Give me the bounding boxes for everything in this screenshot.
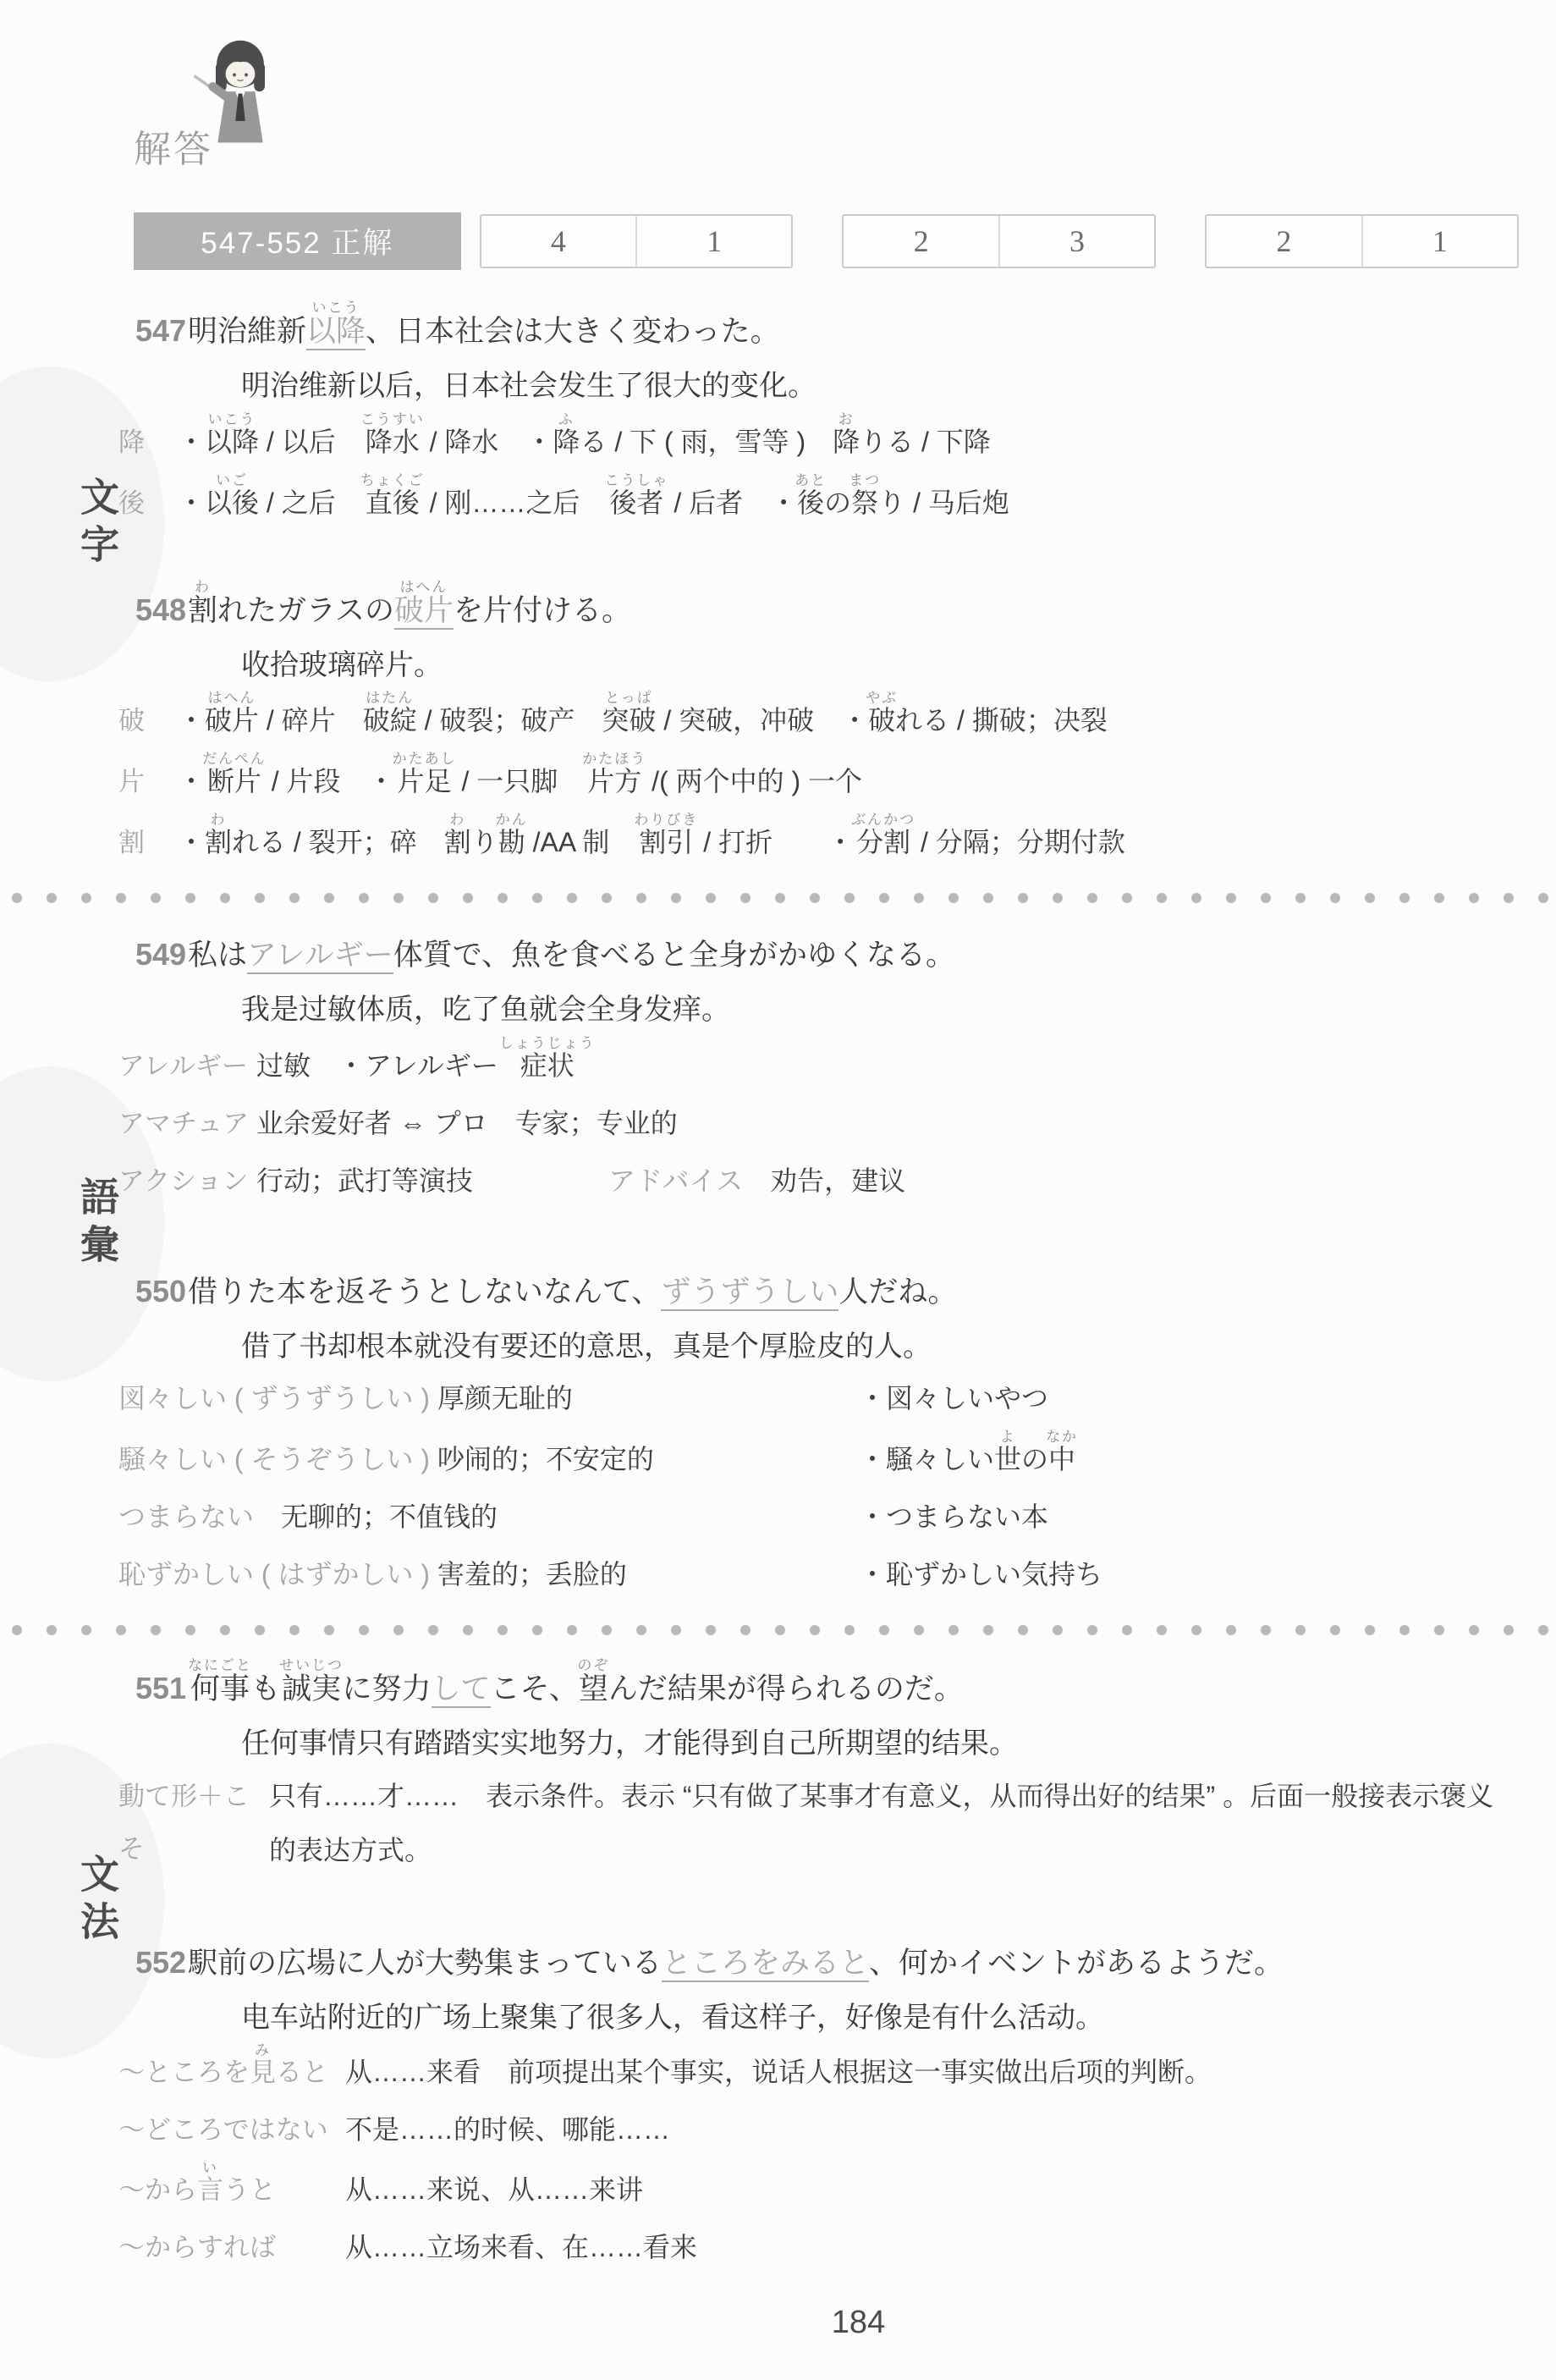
vocab-row: 片 ・断片だんぺん / 片段 ・片足かたあし / 一只脚 片方かたほう /( 两… [118, 751, 1519, 808]
row-label: 片 [118, 756, 178, 808]
row-label: 動て形＋こそ [118, 1771, 269, 1876]
section-547: 547 明治維新以降いこう、日本社会は大きく変わった。 明治维新以后，日本社会发… [118, 300, 1519, 530]
vocab-row: 後 ・以後いご / 之后 直後ちょくご / 刚……之后 後者こうしゃ / 后者 … [118, 472, 1519, 530]
answer-value-548: 1 [635, 216, 791, 267]
row-label: 後 [118, 477, 178, 530]
vocab-row: 降 ・以降いこう / 以后 降水こうすい / 降水 ・降ふる / 下 ( 雨，雪… [118, 411, 1519, 469]
teacher-girl-icon [191, 36, 289, 146]
question-number: 552 [135, 1933, 188, 1992]
translation-text: 任何事情只有踏踏实实地努力，才能得到自己所期望的结果。 [241, 1723, 1519, 1765]
vocab-row: 割 ・割われる / 裂开；碎 割わり勘かん /AA 制 割引わりびき / 打折 … [118, 812, 1519, 869]
row-label: アマチュア [118, 1098, 256, 1150]
question-text: 割われたガラスの破片はへんを片付ける。 [188, 579, 1519, 640]
vocab-row: つまらない 无聊的；不值钱的 ・つまらない本 [118, 1490, 1519, 1544]
row-label: 割 [118, 817, 178, 869]
row-content: ・断片だんぺん / 片段 ・片足かたあし / 一只脚 片方かたほう /( 两个中… [178, 751, 1519, 808]
row-label: 破 [118, 695, 178, 747]
question-text: 明治維新以降いこう、日本社会は大きく変わった。 [188, 300, 1519, 361]
question-text: 何事なにごとも誠実せいじつに努力してこそ、望のぞんだ結果が得られるのだ。 [188, 1657, 1519, 1718]
row-content: 从……立场来看、在……看来 [345, 2220, 1519, 2274]
question-text: 借りた本を返そうとしないなんて、ずうずうしい人だね。 [188, 1264, 1519, 1321]
vocab-row: アクション 行动；武打等演技 アドバイス 劝告，建议 [118, 1154, 1519, 1208]
translation-text: 收拾玻璃碎片。 [241, 645, 1519, 686]
vocab-row: 恥ずかしい ( はずかしい ) 害羞的；丢脸的 ・恥ずかしい気持ち [118, 1547, 1519, 1601]
answer-box-2: 2 3 [842, 214, 1156, 268]
row-content: 过敏 ・アレルギー 症状しょうじょう [256, 1035, 1519, 1093]
section-548: 548 割われたガラスの破片はへんを片付ける。 收拾玻璃碎片。 破 ・破片はへん… [118, 579, 1519, 870]
grammar-row: ～どころではない 不是……的时候、哪能…… [118, 2102, 1519, 2157]
question-line: 547 明治維新以降いこう、日本社会は大きく変わった。 [118, 300, 1519, 361]
row-content: 只有……才…… 表示条件。表示 “只有做了某事才有意义，从而得出好的结果” 。后… [269, 1769, 1519, 1877]
answer-range-label: 547-552 正解 [134, 212, 461, 270]
row-content: ・破片はへん / 碎片 破綻はたん / 破裂；破产 突破とっぱ / 突破，冲破 … [178, 690, 1519, 747]
row-example: ・図々しいやつ [859, 1371, 1519, 1425]
vocab-row: アレルギー 过敏 ・アレルギー 症状しょうじょう [118, 1035, 1519, 1093]
answer-value-551: 2 [1207, 216, 1361, 267]
answer-box-1: 4 1 [480, 214, 794, 268]
grammar-row: ～からすれば 从……立场来看、在……看来 [118, 2220, 1519, 2274]
dotted-separator [0, 1623, 1556, 1637]
row-definition: 騒々しい ( そうぞうしい ) 吵闹的；不安定的 [118, 1432, 859, 1486]
row-label: アレルギー [118, 1040, 256, 1093]
question-number: 551 [135, 1659, 188, 1718]
row-content: 从……来看 前项提出某个事实，说话人根据这一事实做出后项的判断。 [345, 2045, 1519, 2099]
row-content: 行动；武打等演技 アドバイス 劝告，建议 [256, 1154, 1519, 1208]
section-549: 549 私はアレルギー体質で、魚を食べると全身がかゆくなる。 我是过敏体质，吃了… [118, 925, 1519, 1208]
row-definition: つまらない 无聊的；不值钱的 [118, 1490, 859, 1544]
section-552: 552 駅前の広場に人が大勢集まっているところをみると、何かイベントがあるようだ… [118, 1933, 1519, 2275]
dotted-separator [0, 891, 1556, 905]
grammar-row: ～から言いうと 从……来说、从……来讲 [118, 2160, 1519, 2217]
answer-value-549: 2 [844, 216, 998, 267]
translation-text: 电车站附近的广场上聚集了很多人，看这样子，好像是有什么活动。 [241, 1997, 1519, 2039]
row-content: ・以後いご / 之后 直後ちょくご / 刚……之后 後者こうしゃ / 后者 ・後… [178, 472, 1519, 530]
row-example: ・つまらない本 [859, 1490, 1519, 1544]
page-number: 184 [832, 2305, 885, 2341]
grammar-row: ～ところを見みると 从……来看 前项提出某个事实，说话人根据这一事实做出后项的判… [118, 2042, 1519, 2099]
question-number: 547 [135, 301, 188, 361]
question-text: 私はアレルギー体質で、魚を食べると全身がかゆくなる。 [188, 927, 1519, 984]
translation-text: 我是过敏体质，吃了鱼就会全身发痒。 [241, 989, 1519, 1031]
question-text: 駅前の広場に人が大勢集まっているところをみると、何かイベントがあるようだ。 [188, 1935, 1519, 1992]
vocab-row: 騒々しい ( そうぞうしい ) 吵闹的；不安定的 ・騒々しい世よの中なか [118, 1429, 1519, 1486]
question-line: 552 駅前の広場に人が大勢集まっているところをみると、何かイベントがあるようだ… [118, 1933, 1519, 1992]
row-label: ～ところを見みると [118, 2042, 345, 2099]
side-tab-label: 文字 [69, 477, 125, 571]
question-line: 551 何事なにごとも誠実せいじつに努力してこそ、望のぞんだ結果が得られるのだ。 [118, 1657, 1519, 1718]
grammar-row: 動て形＋こそ 只有……才…… 表示条件。表示 “只有做了某事才有意义，从而得出好… [118, 1769, 1519, 1877]
question-number: 550 [135, 1262, 188, 1321]
translation-text: 明治维新以后，日本社会发生了很大的变化。 [241, 366, 1519, 407]
side-tab-label: 語彙 [69, 1176, 125, 1271]
answer-value-547: 4 [481, 216, 635, 267]
vocab-row: アマチュア 业余爱好者 ⇔ プロ 专家；专业的 [118, 1096, 1519, 1150]
question-number: 549 [135, 925, 188, 984]
row-example: ・恥ずかしい気持ち [859, 1547, 1519, 1601]
vocab-row: 破 ・破片はへん / 碎片 破綻はたん / 破裂；破产 突破とっぱ / 突破，冲… [118, 690, 1519, 747]
question-number: 548 [135, 581, 188, 640]
question-line: 549 私はアレルギー体質で、魚を食べると全身がかゆくなる。 [118, 925, 1519, 984]
section-551: 551 何事なにごとも誠実せいじつに努力してこそ、望のぞんだ結果が得られるのだ。… [118, 1657, 1519, 1877]
answer-value-550: 3 [998, 216, 1154, 267]
row-definition: 恥ずかしい ( はずかしい ) 害羞的；丢脸的 [118, 1547, 859, 1601]
row-label: ～どころではない [118, 2104, 345, 2157]
question-line: 548 割われたガラスの破片はへんを片付ける。 [118, 579, 1519, 640]
answer-value-552: 1 [1361, 216, 1517, 267]
row-label: アクション [118, 1155, 256, 1208]
answer-box-3: 2 1 [1205, 214, 1519, 268]
answer-bar: 547-552 正解 4 1 2 3 2 1 [118, 212, 1519, 271]
row-content: 不是……的时候、哪能…… [345, 2102, 1519, 2157]
row-content: 从……来说、从……来讲 [345, 2162, 1519, 2217]
row-definition: 図々しい ( ずうずうしい ) 厚颜无耻的 [118, 1371, 859, 1425]
row-content: ・以降いこう / 以后 降水こうすい / 降水 ・降ふる / 下 ( 雨，雪等 … [178, 411, 1519, 469]
vocab-row: 図々しい ( ずうずうしい ) 厚颜无耻的 ・図々しいやつ [118, 1371, 1519, 1425]
main-content: 解答 547-552 正解 4 1 [118, 44, 1519, 2274]
section-550: 550 借りた本を返そうとしないなんて、ずうずうしい人だね。 借了书却根本就没有… [118, 1262, 1519, 1602]
row-content: 业余爱好者 ⇔ プロ 专家；专业的 [256, 1096, 1519, 1150]
row-label: 降 [118, 416, 178, 469]
row-label: ～から言いうと [118, 2160, 345, 2217]
row-example: ・騒々しい世よの中なか [859, 1429, 1519, 1486]
textbook-answer-page: 文字 語彙 文法 解答 [0, 0, 1556, 2380]
side-tab-label: 文法 [69, 1854, 125, 1948]
question-line: 550 借りた本を返そうとしないなんて、ずうずうしい人だね。 [118, 1262, 1519, 1321]
row-label: ～からすれば [118, 2222, 345, 2274]
row-content: ・割われる / 裂开；碎 割わり勘かん /AA 制 割引わりびき / 打折 ・分… [178, 812, 1519, 869]
translation-text: 借了书却根本就没有要还的意思，真是个厚脸皮的人。 [241, 1326, 1519, 1368]
page-header: 解答 [118, 44, 1519, 178]
